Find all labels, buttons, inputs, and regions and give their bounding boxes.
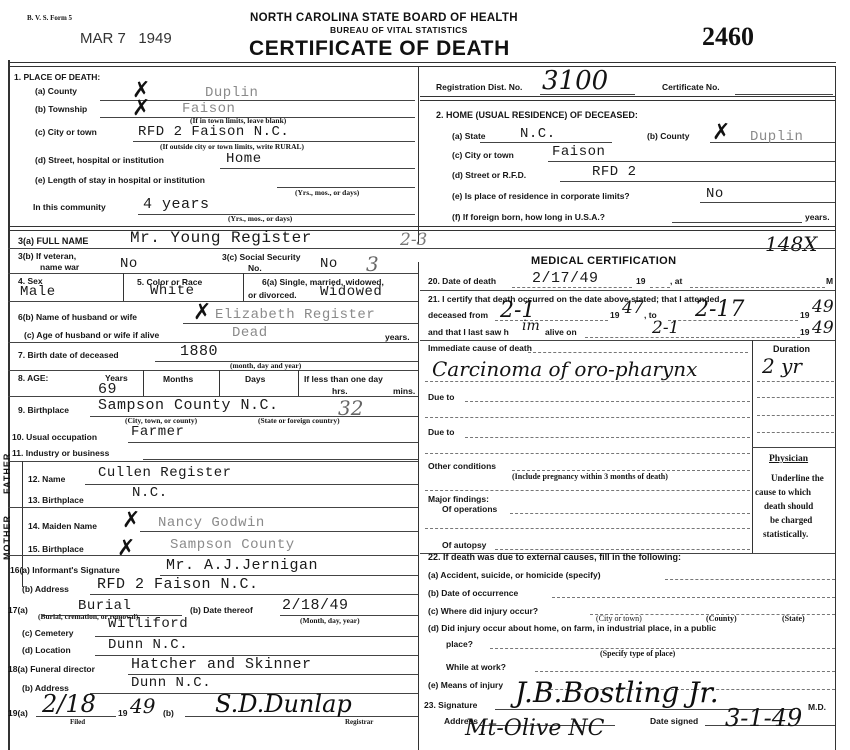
corporate-line <box>700 202 835 203</box>
due-to-line-2 <box>425 417 750 418</box>
home-city-line <box>548 161 835 162</box>
physician-note: be charged <box>770 515 812 525</box>
home-heading: 2. HOME (USUAL RESIDENCE) OF DECEASED: <box>436 110 638 120</box>
death-county-label: (a) County <box>35 86 77 96</box>
reg-dist-value[interactable]: 3100 <box>542 66 608 96</box>
burial-date-label: (b) Date thereof <box>190 605 253 615</box>
father-name-value[interactable]: Cullen Register <box>98 465 232 481</box>
duration-label: Duration <box>773 344 810 354</box>
cause-line <box>425 381 750 382</box>
birth-rule <box>8 370 418 371</box>
veteran-label: 3(b) If veteran, <box>18 251 76 261</box>
home-city-label: (c) City or town <box>452 150 514 160</box>
birth-value[interactable]: 1880 <box>180 343 218 360</box>
certificate-number: 2460 <box>702 22 754 52</box>
birthplace-note-2: (State or foreign country) <box>258 416 340 425</box>
birthplace-annotation: 32 <box>338 396 363 420</box>
cert-no-label: Certificate No. <box>662 82 720 92</box>
ssn-label: 3(c) Social Security <box>222 252 300 262</box>
industry-rule <box>8 461 418 462</box>
stay-note: (Yrs., mos., or days) <box>295 188 359 197</box>
certifier-sig-label: 23. Signature <box>424 700 477 710</box>
means-of-injury-label: (e) Means of injury <box>428 680 503 690</box>
sex-value[interactable]: Male <box>20 284 56 300</box>
autopsy-line <box>495 549 750 550</box>
physician-note: cause to which <box>755 487 811 497</box>
strike-x-mark: ✗ <box>122 510 140 532</box>
external-d-label: (d) Did injury occur about home, on farm… <box>428 623 716 633</box>
while-at-work-label: While at work? <box>446 662 506 672</box>
foreign-suffix: years. <box>805 212 830 222</box>
spouse-label: 6(b) Name of husband or wife <box>18 312 137 322</box>
form-id: B. V. S. Form 5 <box>27 14 72 22</box>
other-note: (Include pregnancy within 3 months of de… <box>512 472 668 481</box>
full-name-label: 3(a) FULL NAME <box>18 236 88 246</box>
mother-side-label: MOTHER <box>2 515 12 560</box>
external-c-label: (c) Where did injury occur? <box>428 606 538 616</box>
other-line-2 <box>425 490 750 491</box>
county-note: (County) <box>706 614 737 623</box>
mother-birthplace-value[interactable]: Sampson County <box>170 537 295 553</box>
place-of-death-heading: 1. PLACE OF DEATH: <box>14 72 100 82</box>
hrs-label: hrs. <box>332 386 348 396</box>
last-saw-line <box>585 337 800 338</box>
due-to-label-2: Due to <box>428 427 454 437</box>
city-note: (City or town) <box>596 614 642 623</box>
year-label: 19 <box>636 276 645 286</box>
father-side-label: FATHER <box>2 453 12 494</box>
age-label: 8. AGE: <box>18 373 48 383</box>
marital-label-2: or divorced. <box>248 290 297 300</box>
at-label: , at <box>670 276 682 286</box>
death-date-line <box>512 287 632 288</box>
right-border <box>835 66 836 750</box>
md-label: M.D. <box>808 702 826 712</box>
divider <box>298 370 299 396</box>
death-date-label: 20. Date of death <box>428 276 496 286</box>
spouse-age-label: (c) Age of husband or wife if alive <box>24 330 159 340</box>
foreign-line <box>672 222 802 223</box>
reg-rule <box>420 96 835 101</box>
registrar-signature[interactable]: S.D.Dunlap <box>215 690 352 718</box>
funeral-director-value[interactable]: Hatcher and Skinner <box>131 656 312 673</box>
operations-line <box>510 513 750 514</box>
filed-stamp: MAR 7 1949 <box>80 30 172 47</box>
father-rule <box>8 507 418 508</box>
spouse-value[interactable]: Elizabeth Register <box>215 307 375 323</box>
full-name-value[interactable]: Mr. Young Register <box>130 229 312 247</box>
external-a-label: (a) Accident, suicide, or homicide (spec… <box>428 570 601 580</box>
strike-x-mark: ✗ <box>132 98 150 120</box>
to-year[interactable]: 49 <box>812 297 834 317</box>
due-to-line-4 <box>425 453 750 454</box>
informant-address-line <box>90 594 418 595</box>
physician-note: Underline the <box>771 473 824 483</box>
header-rule <box>8 62 836 67</box>
last-saw-value[interactable]: 2-1 <box>652 318 679 338</box>
center-divider-top <box>418 66 419 244</box>
foreign-label: (f) If foreign born, how long in U.S.A.? <box>452 212 605 222</box>
informant-address-label: (b) Address <box>22 584 69 594</box>
ssn-label-2: No. <box>248 263 262 273</box>
major-findings-label: Major findings: <box>428 494 489 504</box>
burial-date-value[interactable]: 2/18/49 <box>282 597 349 614</box>
due-to-label: Due to <box>428 392 454 402</box>
filing-year-value[interactable]: 49 <box>130 694 155 718</box>
divider <box>123 273 124 301</box>
year-label: 19 <box>118 708 127 718</box>
physician-box-top <box>752 447 835 448</box>
spouse-line <box>183 323 418 324</box>
death-date-rule <box>420 290 835 291</box>
divider <box>219 370 220 396</box>
industry-line <box>143 459 418 460</box>
operations-line-2 <box>425 528 750 529</box>
home-city-value[interactable]: Faison <box>552 144 605 160</box>
death-date-value[interactable]: 2/17/49 <box>532 270 599 287</box>
father-name-label: 12. Name <box>28 474 65 484</box>
home-state-line <box>480 142 612 143</box>
due-to-line-3 <box>465 437 750 438</box>
home-state-label: (a) State <box>452 131 486 141</box>
reg-dist-label: Registration Dist. No. <box>436 82 522 92</box>
time-line <box>690 287 825 288</box>
occupation-label: 10. Usual occupation <box>12 432 97 442</box>
certifier-signature[interactable]: J.B.Bostling Jr. <box>515 676 719 709</box>
strike-x-mark: ✗ <box>193 302 211 324</box>
location-value[interactable]: Dunn N.C. <box>108 637 188 653</box>
place-type-note: (Specify type of place) <box>600 649 675 658</box>
veteran-label-2: name war <box>40 262 79 272</box>
while-at-work-line <box>535 671 835 672</box>
strike-x-mark: ✗ <box>712 122 730 144</box>
birth-label: 7. Birth date of deceased <box>18 350 119 360</box>
bureau-name: BUREAU OF VITAL STATISTICS <box>330 25 468 35</box>
months-label: Months <box>163 374 193 384</box>
filed-label: Filed <box>70 718 85 726</box>
duration-line <box>757 432 834 433</box>
years-suffix: years. <box>385 332 410 342</box>
year-line <box>650 287 670 288</box>
home-street-value[interactable]: RFD 2 <box>592 164 637 180</box>
last-saw-year[interactable]: 49 <box>812 318 834 338</box>
mother-birthplace-label: 15. Birthplace <box>28 544 84 554</box>
duration-value[interactable]: 2 yr <box>762 354 802 378</box>
spouse-age-value[interactable]: Dead <box>232 325 268 341</box>
burial-date-note: (Month, day, year) <box>300 616 360 625</box>
less-day-label: If less than one day <box>304 374 383 384</box>
father-birthplace-value[interactable]: N.C. <box>132 485 168 501</box>
duration-line <box>757 415 834 416</box>
corporate-value[interactable]: No <box>706 186 724 202</box>
occupation-line <box>128 442 418 443</box>
medical-heading: MEDICAL CERTIFICATION <box>531 255 677 267</box>
veteran-rule <box>8 273 418 274</box>
physician-title: Physician <box>769 454 808 464</box>
funeral-director-label: 18(a) Funeral director <box>8 664 95 674</box>
home-state-value[interactable]: N.C. <box>520 126 556 142</box>
occupation-value[interactable]: Farmer <box>131 424 184 440</box>
home-county-label: (b) County <box>647 131 690 141</box>
certify-rule <box>420 340 835 341</box>
year-label: 19 <box>800 310 809 320</box>
home-street-line <box>560 181 835 182</box>
community-value[interactable]: 4 years <box>143 196 210 213</box>
informant-value[interactable]: Mr. A.J.Jernigan <box>166 557 318 574</box>
community-note: (Yrs., mos., or days) <box>228 214 292 223</box>
home-street-label: (d) Street or R.F.D. <box>452 170 526 180</box>
death-street-line <box>220 168 415 169</box>
operations-label: Of operations <box>442 504 497 514</box>
mins-label: mins. <box>393 386 415 396</box>
external-a-line <box>665 579 835 580</box>
other-conditions-label: Other conditions <box>428 461 496 471</box>
burial-type-label: 17(a) <box>8 605 28 615</box>
immediate-cause-value[interactable]: Carcinoma of oro-pharynx <box>432 357 697 381</box>
last-saw-label: and that I last saw h <box>428 327 509 337</box>
sex-rule <box>8 301 418 302</box>
location-label: (d) Location <box>22 645 71 655</box>
divider <box>243 273 244 301</box>
certifier-address-value[interactable]: Mt-Olive NC <box>465 716 604 741</box>
due-to-line <box>465 401 750 402</box>
registrar-label-b: (b) <box>163 708 174 718</box>
race-value[interactable]: White <box>150 283 195 299</box>
father-birthplace-label: 13. Birthplace <box>28 495 84 505</box>
filing-label: 19(a) <box>8 708 28 718</box>
date-signed-value[interactable]: 3-1-49 <box>725 704 802 732</box>
external-causes-heading: 22. If death was due to external causes,… <box>428 552 681 562</box>
divider <box>143 370 144 396</box>
duration-line <box>757 397 834 398</box>
death-city-value[interactable]: RFD 2 Faison N.C. <box>138 124 289 140</box>
home-county-value[interactable]: Duplin <box>750 129 803 145</box>
death-township-value[interactable]: Faison <box>182 101 235 117</box>
immediate-cause-label: Immediate cause of death <box>428 343 532 353</box>
death-street-value[interactable]: Home <box>226 151 262 167</box>
center-divider-bottom <box>418 262 419 750</box>
death-county-value[interactable]: Duplin <box>205 85 258 101</box>
birth-note: (month, day and year) <box>230 361 301 370</box>
left-border <box>8 60 10 750</box>
community-label: In this community <box>33 202 106 212</box>
stay-label: (e) Length of stay in hospital or instit… <box>35 175 205 185</box>
industry-label: 11. Industry or business <box>12 448 109 458</box>
alive-on-label: alive on <box>545 327 577 337</box>
physician-note: statistically. <box>763 529 808 539</box>
external-d-label-2: place? <box>446 639 473 649</box>
death-township-label: (b) Township <box>35 104 87 114</box>
veteran-value[interactable]: No <box>120 256 138 272</box>
certify-text: 21. I certify that death occurred on the… <box>428 294 719 304</box>
other-line <box>512 470 750 471</box>
autopsy-label: Of autopsy <box>442 540 486 550</box>
mother-rule <box>8 555 418 556</box>
funeral-address-value[interactable]: Dunn N.C. <box>131 675 211 691</box>
immediate-line <box>528 352 748 353</box>
from-label: deceased from <box>428 310 488 320</box>
registrar-label: Registrar <box>345 718 373 726</box>
mother-name-label: 14. Maiden Name <box>28 521 97 531</box>
from-year[interactable]: 47 <box>622 298 644 318</box>
name-annotation: 2-3 <box>400 230 427 250</box>
birthplace-label: 9. Birthplace <box>18 405 69 415</box>
cemetery-value[interactable]: Williford <box>108 616 188 632</box>
death-street-label: (d) Street, hospital or institution <box>35 155 164 165</box>
agency-name: NORTH CAROLINA STATE BOARD OF HEALTH <box>250 12 518 24</box>
state-note: (State) <box>782 614 805 623</box>
ssn-value[interactable]: No <box>320 256 338 272</box>
external-b-label: (b) Date of occurrence <box>428 588 518 598</box>
mother-name-line <box>140 531 418 532</box>
last-saw-pronoun[interactable]: im <box>522 318 540 334</box>
right-annotation: 148X <box>765 232 817 256</box>
date-signed-label: Date signed <box>650 716 698 726</box>
birthplace-value[interactable]: Sampson County N.C. <box>98 397 279 414</box>
marital-value[interactable]: Widowed <box>320 284 382 300</box>
days-label: Days <box>245 374 265 384</box>
physician-note: death should <box>764 501 813 511</box>
informant-address-value[interactable]: RFD 2 Faison N.C. <box>97 576 259 593</box>
year-label: 19 <box>800 327 809 337</box>
cemetery-label: (c) Cemetery <box>22 628 74 638</box>
cert-no-line <box>735 94 833 95</box>
full-name-rule <box>8 248 836 249</box>
city-note: (If outside city or town limits, write R… <box>160 142 304 151</box>
informant-label: 16(a) Informant's Signature <box>10 565 120 575</box>
death-city-label: (c) City or town <box>35 127 97 137</box>
to-value[interactable]: 2-17 <box>695 297 744 322</box>
duration-line <box>757 381 834 382</box>
external-b-line <box>552 597 835 598</box>
mother-name-value[interactable]: Nancy Godwin <box>158 515 265 531</box>
year-label: 19 <box>610 310 619 320</box>
corporate-label: (e) Is place of residence in corporate l… <box>452 191 630 201</box>
page-title: CERTIFICATE OF DEATH <box>249 37 510 61</box>
filing-date-value[interactable]: 2/18 <box>42 690 96 718</box>
strike-x-mark: ✗ <box>117 538 135 560</box>
m-label: M <box>826 276 833 286</box>
